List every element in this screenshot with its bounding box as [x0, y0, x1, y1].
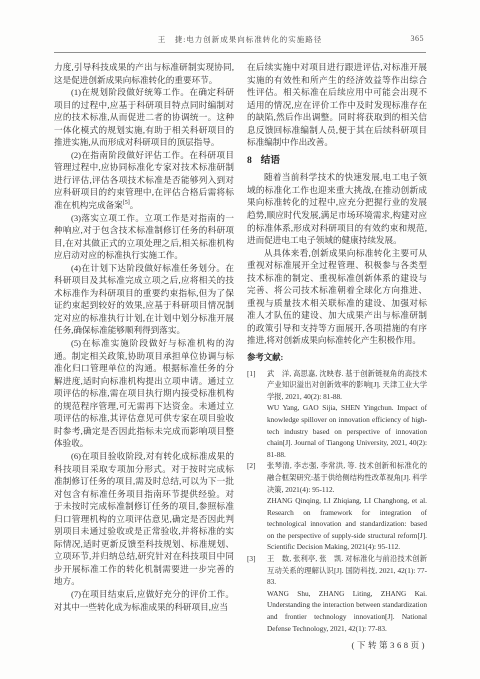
reference-en: WANG Shu, ZHANG Liting, ZHANG Kai. Under…	[267, 588, 427, 634]
paragraph-text: 。	[130, 200, 139, 210]
reference-zh: 王 数, 张利亭, 张 凯. 对标准化与前沿技术创新互动关系的理解认识[J]. …	[267, 553, 427, 588]
reference-entry: [2] 张琴清, 李志强, 李常洪, 等. 技术创新和标准化的融合框架研究:基于…	[247, 460, 427, 553]
reference-label: [3]	[247, 553, 260, 634]
reference-body: 王 数, 张利亭, 张 凯. 对标准化与前沿技术创新互动关系的理解认识[J]. …	[260, 553, 427, 634]
section-heading-conclusion: 8结语	[247, 155, 427, 168]
paragraph: (4)在计划下达阶段做好标准任务划分。在科研项目及其标准完成立项之后,应将相关的…	[54, 262, 234, 337]
paragraph-text: (2)在指南阶段做好评估工作。在科研项目管理过程中,应协同标准化专家对技术标准研…	[54, 150, 234, 210]
left-column: 力度,引导科技成果的产出与标准研制实现协同,这是促进创新成果向标准转化的重要环节…	[54, 61, 234, 652]
paragraph: (6)在项目验收阶段,对有转化成标准成果的科技项目采取专项加分形式。对于按时完成…	[54, 450, 234, 588]
reference-en: WU Yang, GAO Sijia, SHEN Yingchun. Impac…	[267, 402, 427, 460]
paragraph: (5)在标准实施阶段做好与标准机构的沟通。制定相关政策,协助项目承担单位协调与标…	[54, 337, 234, 450]
paragraph: (7)在项目结束后,应做好充分的评价工作。对其中一些转化成为标准成果的科研项目,…	[54, 588, 234, 613]
reference-zh: 张琴清, 李志强, 李常洪, 等. 技术创新和标准化的融合框架研究:基于供给侧结…	[267, 460, 427, 495]
paragraph: 在后续实施中对项目进行跟进评估,对标准开展实施的有效性和所产生的经济效益等作出综…	[247, 61, 427, 149]
paragraph: (2)在指南阶段做好评估工作。在科研项目管理过程中,应协同标准化专家对技术标准研…	[54, 149, 234, 212]
reference-zh: 武 洋, 高思嘉, 沈映春. 基于创新链视角的高技术产业知识溢出对创新效率的影响…	[267, 368, 427, 403]
continued-on-page-note: (下转第368页)	[247, 639, 427, 652]
page-number: 365	[411, 34, 425, 43]
references-list: [1] 武 洋, 高思嘉, 沈映春. 基于创新链视角的高技术产业知识溢出对创新效…	[247, 368, 427, 635]
reference-body: 武 洋, 高思嘉, 沈映春. 基于创新链视角的高技术产业知识溢出对创新效率的影响…	[260, 368, 427, 461]
paragraph: 力度,引导科技成果的产出与标准研制实现协同,这是促进创新成果向标准转化的重要环节…	[54, 61, 234, 86]
reference-body: 张琴清, 李志强, 李常洪, 等. 技术创新和标准化的融合框架研究:基于供给侧结…	[260, 460, 427, 553]
section-number: 8	[247, 155, 252, 166]
running-title: 王 捷:电力创新成果向标准转化的实施路径	[54, 34, 426, 45]
paragraph: 随着当前科学技术的快速发展,电工电子领域的标准化工作也迎来重大挑战,在推动创新成…	[247, 171, 427, 246]
reference-entry: [3] 王 数, 张利亭, 张 凯. 对标准化与前沿技术创新互动关系的理解认识[…	[247, 553, 427, 634]
reference-en: ZHANG Qinqing, LI Zhiqiang, LI Changhong…	[267, 495, 427, 553]
reference-label: [2]	[247, 460, 260, 553]
citation-superscript: [5]	[123, 200, 130, 206]
right-column: 在后续实施中对项目进行跟进评估,对标准开展实施的有效性和所产生的经济效益等作出综…	[247, 61, 427, 652]
reference-label: [1]	[247, 368, 260, 461]
header-rule	[54, 52, 426, 53]
paper-page: 王 捷:电力创新成果向标准转化的实施路径 365 力度,引导科技成果的产出与标准…	[0, 0, 480, 679]
paragraph: 从具体来看,创新成果向标准转化主要可从重视对标准展开全过程管理、积极参与各类型技…	[247, 247, 427, 347]
page-header: 王 捷:电力创新成果向标准转化的实施路径 365	[54, 34, 426, 50]
section-title: 结语	[261, 155, 280, 166]
paragraph: (3)落实立项工作。立项工作是对指南的一种响应,对于包含技术标准制修订任务的科研…	[54, 212, 234, 262]
references-heading: 参考文献:	[247, 352, 427, 365]
text-columns: 力度,引导科技成果的产出与标准研制实现协同,这是促进创新成果向标准转化的重要环节…	[54, 61, 426, 652]
paragraph: (1)在规划阶段做好统筹工作。在确定科研项目的过程中,应基于科研项目特点同时编制…	[54, 86, 234, 149]
reference-entry: [1] 武 洋, 高思嘉, 沈映春. 基于创新链视角的高技术产业知识溢出对创新效…	[247, 368, 427, 461]
